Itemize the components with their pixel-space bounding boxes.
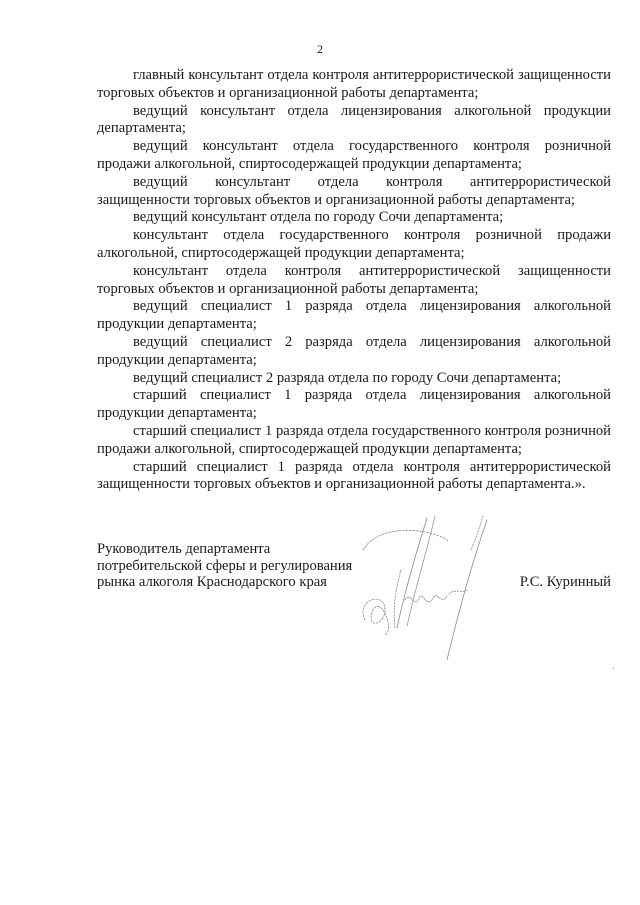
signer-title-line: Руководитель департамента — [97, 541, 352, 558]
signer-title: Руководитель департамента потребительско… — [97, 541, 352, 591]
document-body: главный консультант отдела контроля анти… — [97, 67, 611, 494]
list-item: ведущий специалист 1 разряда отдела лице… — [97, 298, 611, 334]
list-item: ведущий консультант отдела по городу Соч… — [97, 209, 611, 227]
list-item: старший специалист 1 разряда отдела конт… — [97, 459, 611, 495]
signature-block: Руководитель департамента потребительско… — [97, 541, 611, 651]
page-number: 2 — [0, 42, 640, 56]
list-item: ведущий консультант отдела лицензировани… — [97, 103, 611, 139]
handwritten-signature-icon — [355, 510, 495, 660]
list-item: старший специалист 1 разряда отдела госу… — [97, 423, 611, 459]
list-item: старший специалист 1 разряда отдела лице… — [97, 387, 611, 423]
list-item: ведущий специалист 2 разряда отдела по г… — [97, 370, 611, 388]
signer-title-line: рынка алкоголя Краснодарского края — [97, 574, 352, 591]
signer-title-line: потребительской сферы и регулирования — [97, 558, 352, 575]
list-item: ведущий специалист 2 разряда отдела лице… — [97, 334, 611, 370]
list-item: главный консультант отдела контроля анти… — [97, 67, 611, 103]
signer-name: Р.С. Куринный — [520, 574, 611, 591]
list-item: ведущий консультант отдела государственн… — [97, 138, 611, 174]
list-item: консультант отдела контроля антитеррорис… — [97, 263, 611, 299]
list-item: консультант отдела государственного конт… — [97, 227, 611, 263]
scan-artifact — [613, 668, 614, 669]
list-item: ведущий консультант отдела контроля анти… — [97, 174, 611, 210]
